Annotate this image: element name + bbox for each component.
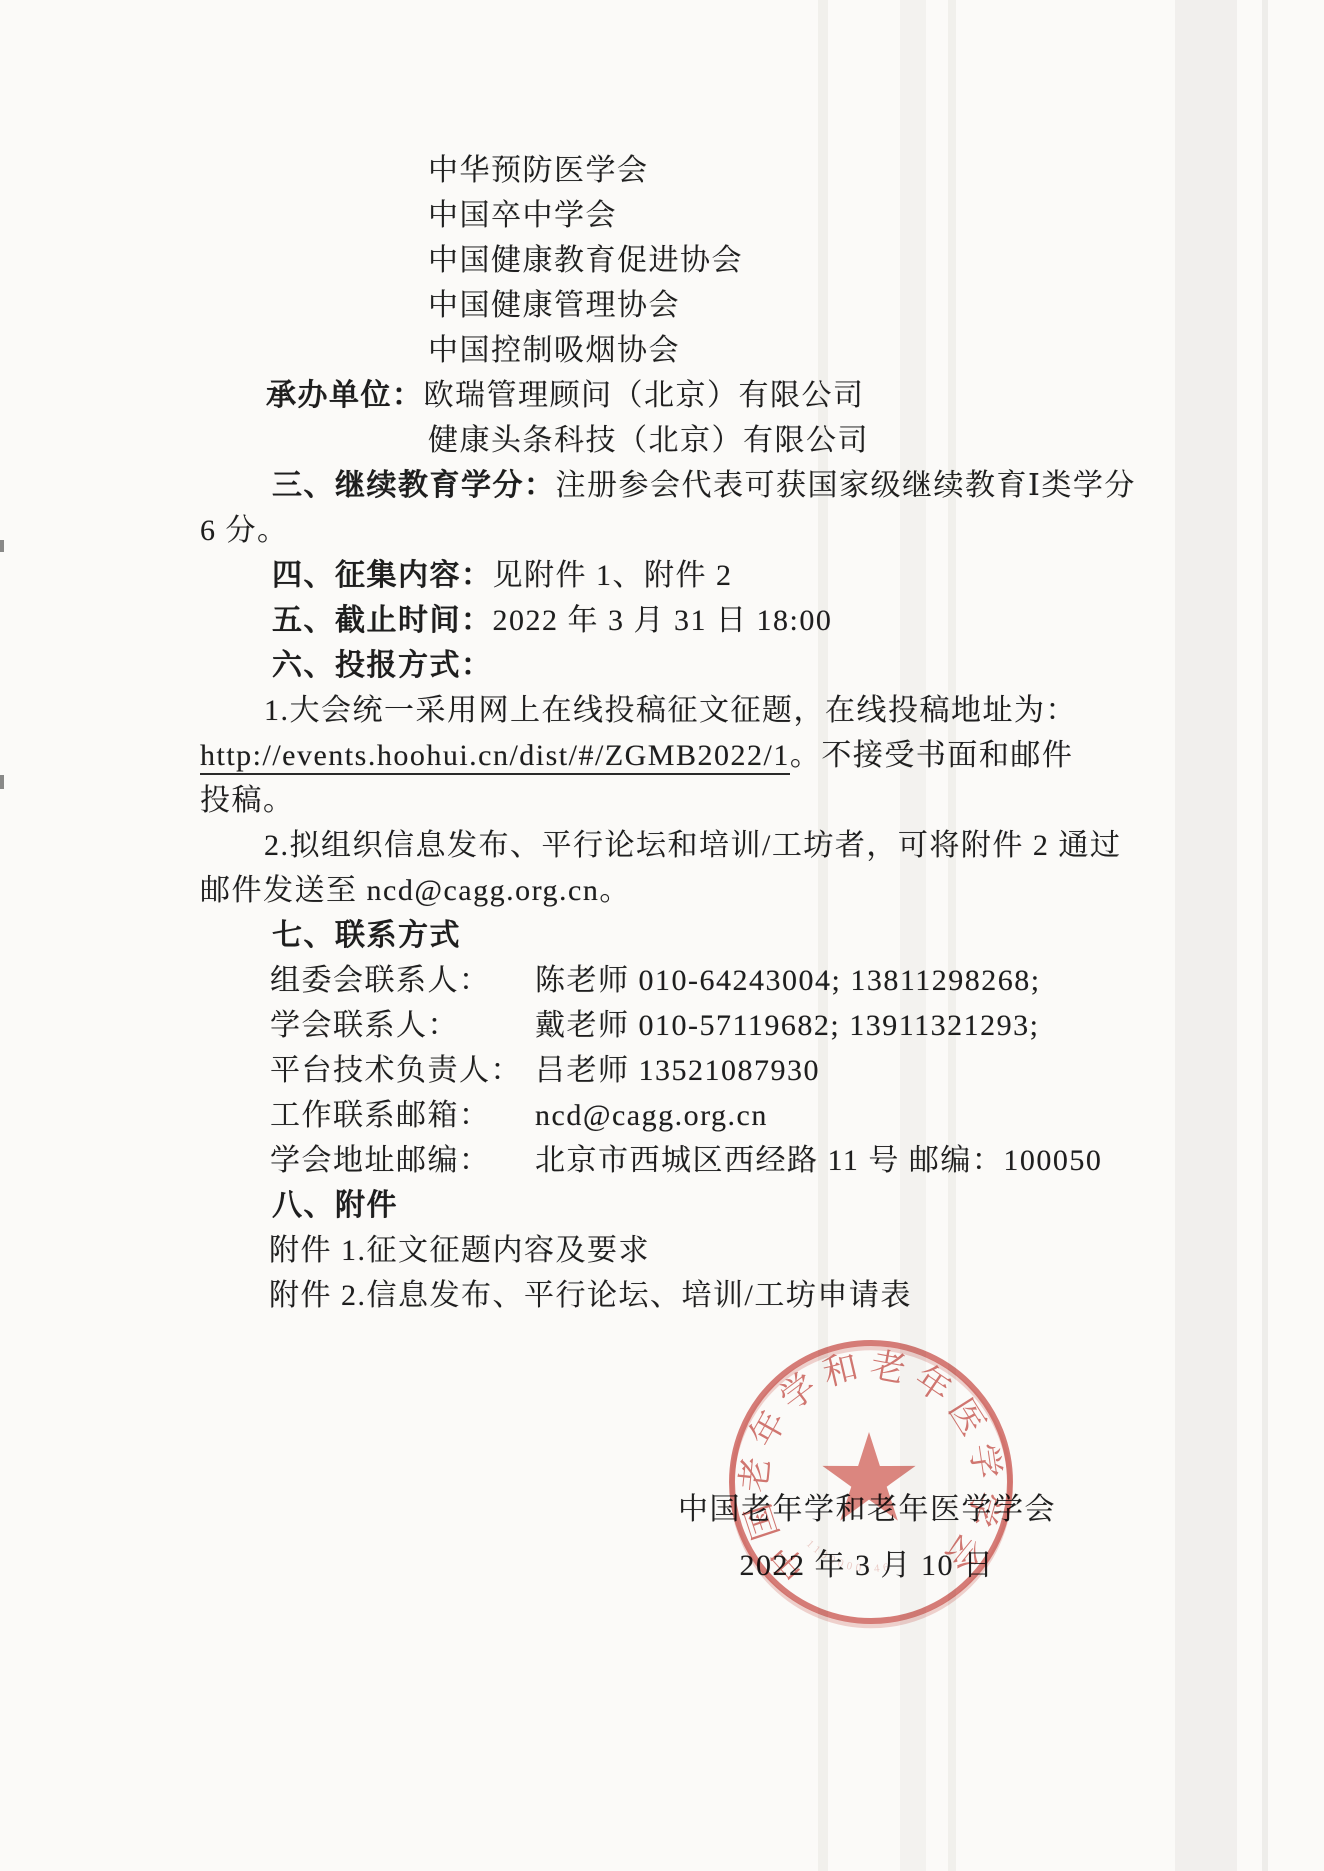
contact-label: 工作联系邮箱： xyxy=(270,1099,491,1132)
undertaker-company: 欧瑞管理顾问（北京）有限公司 xyxy=(424,379,865,412)
section6-title: 六、投报方式： xyxy=(272,649,493,682)
section5-line: 五、截止时间：2022 年 3 月 31 日 18:00 xyxy=(200,598,1160,643)
section4-title: 四、征集内容： xyxy=(272,559,493,592)
undertaker-company: 健康头条科技（北京）有限公司 xyxy=(428,424,869,457)
organizer-name: 中华预防医学会 xyxy=(428,154,649,187)
contact-value: 北京市西城区西经路 11 号 邮编：100050 xyxy=(535,1138,1102,1183)
contact-value: 戴老师 010-57119682; 13911321293; xyxy=(535,1003,1039,1048)
organizer-name: 中国卒中学会 xyxy=(428,199,617,232)
scan-streak xyxy=(1262,0,1268,1871)
scan-artifact xyxy=(0,540,4,552)
section5-text: 2022 年 3 月 31 日 18:00 xyxy=(493,604,833,637)
attachment-name: 附件 2.信息发布、平行论坛、培训/工坊申请表 xyxy=(269,1279,912,1312)
section6-item2-line1: 2.拟组织信息发布、平行论坛和培训/工坊者，可将附件 2 通过 xyxy=(200,823,1160,868)
section3-line: 三、继续教育学分：注册参会代表可获国家级继续教育Ⅰ类学分 xyxy=(200,463,1160,508)
scan-artifact xyxy=(0,775,4,789)
organizer-item: 中国卒中学会 xyxy=(200,193,1160,238)
section4-text: 见附件 1、附件 2 xyxy=(493,559,733,592)
item1-after-url: 。不接受书面和邮件 xyxy=(790,739,1074,772)
organizer-name: 中国健康管理协会 xyxy=(428,289,680,322)
contact-row: 学会地址邮编： 北京市西城区西经路 11 号 邮编：100050 xyxy=(200,1138,1160,1183)
organizer-name: 中国控制吸烟协会 xyxy=(428,334,680,367)
scan-streak xyxy=(1175,0,1237,1871)
section4-line: 四、征集内容：见附件 1、附件 2 xyxy=(200,553,1160,598)
section7-title: 七、联系方式 xyxy=(272,919,461,952)
section6-item1-line1: 1.大会统一采用网上在线投稿征文征题，在线投稿地址为： xyxy=(200,688,1160,733)
contact-row: 学会联系人： 戴老师 010-57119682; 13911321293; xyxy=(200,1003,1160,1048)
scanned-document-page: 中华预防医学会 中国卒中学会 中国健康教育促进协会 中国健康管理协会 中国控制吸… xyxy=(0,0,1324,1871)
section3-continuation: 6 分。 xyxy=(200,508,1160,553)
contact-row: 工作联系邮箱： ncd@cagg.org.cn xyxy=(200,1093,1160,1138)
section3-text-cont: 6 分。 xyxy=(200,514,289,547)
item2-cont: 邮件发送至 ncd@cagg.org.cn。 xyxy=(200,874,631,907)
document-body: 中华预防医学会 中国卒中学会 中国健康教育促进协会 中国健康管理协会 中国控制吸… xyxy=(200,148,1160,1318)
contact-label: 平台技术负责人： xyxy=(270,1054,522,1087)
section8-title-line: 八、附件 xyxy=(200,1183,1160,1228)
undertaker-line: 健康头条科技（北京）有限公司 xyxy=(200,418,1160,463)
contact-label: 学会联系人： xyxy=(270,1009,459,1042)
contact-value: ncd@cagg.org.cn xyxy=(535,1093,768,1138)
section6-title-line: 六、投报方式： xyxy=(200,643,1160,688)
contact-label: 学会地址邮编： xyxy=(270,1144,491,1177)
contact-row: 平台技术负责人： 吕老师 13521087930 xyxy=(200,1048,1160,1093)
signature-block: 中国老年学和老年医学学会 2022 年 3 月 10 日 xyxy=(600,1482,1134,1594)
section8-title: 八、附件 xyxy=(272,1189,398,1222)
undertaker-label: 承办单位： xyxy=(266,379,424,412)
item1-lead: 1.大会统一采用网上在线投稿征文征题，在线投稿地址为： xyxy=(264,694,1077,727)
attachment-name: 附件 1.征文征题内容及要求 xyxy=(269,1234,650,1267)
section6-item1-line3: 投稿。 xyxy=(200,778,1160,823)
contact-label: 组委会联系人： xyxy=(270,964,491,997)
contact-value: 陈老师 010-64243004; 13811298268; xyxy=(535,958,1041,1003)
organizer-item: 中国控制吸烟协会 xyxy=(200,328,1160,373)
attachment-item: 附件 1.征文征题内容及要求 xyxy=(200,1228,1160,1273)
section6-item2-line2: 邮件发送至 ncd@cagg.org.cn。 xyxy=(200,868,1160,913)
contact-row: 组委会联系人： 陈老师 010-64243004; 13811298268; xyxy=(200,958,1160,1003)
organizer-item: 中华预防医学会 xyxy=(200,148,1160,193)
organizer-item: 中国健康管理协会 xyxy=(200,283,1160,328)
submission-url: http://events.hoohui.cn/dist/#/ZGMB2022/… xyxy=(200,739,790,775)
section7-title-line: 七、联系方式 xyxy=(200,913,1160,958)
signature-date: 2022 年 3 月 10 日 xyxy=(600,1538,1134,1594)
organizer-name: 中国健康教育促进协会 xyxy=(428,244,743,277)
contact-value: 吕老师 13521087930 xyxy=(535,1048,820,1093)
section3-text: 注册参会代表可获国家级继续教育Ⅰ类学分 xyxy=(556,469,1136,502)
item2-lead: 2.拟组织信息发布、平行论坛和培训/工坊者，可将附件 2 通过 xyxy=(264,829,1121,862)
undertaker-line: 承办单位：欧瑞管理顾问（北京）有限公司 xyxy=(200,373,1160,418)
organizer-item: 中国健康教育促进协会 xyxy=(200,238,1160,283)
section5-title: 五、截止时间： xyxy=(272,604,493,637)
section6-item1-line2: http://events.hoohui.cn/dist/#/ZGMB2022/… xyxy=(200,733,1160,778)
section3-title: 三、继续教育学分： xyxy=(272,469,556,502)
attachment-item: 附件 2.信息发布、平行论坛、培训/工坊申请表 xyxy=(200,1273,1160,1318)
item1-cont: 投稿。 xyxy=(200,784,295,817)
signature-org: 中国老年学和老年医学学会 xyxy=(600,1482,1134,1538)
